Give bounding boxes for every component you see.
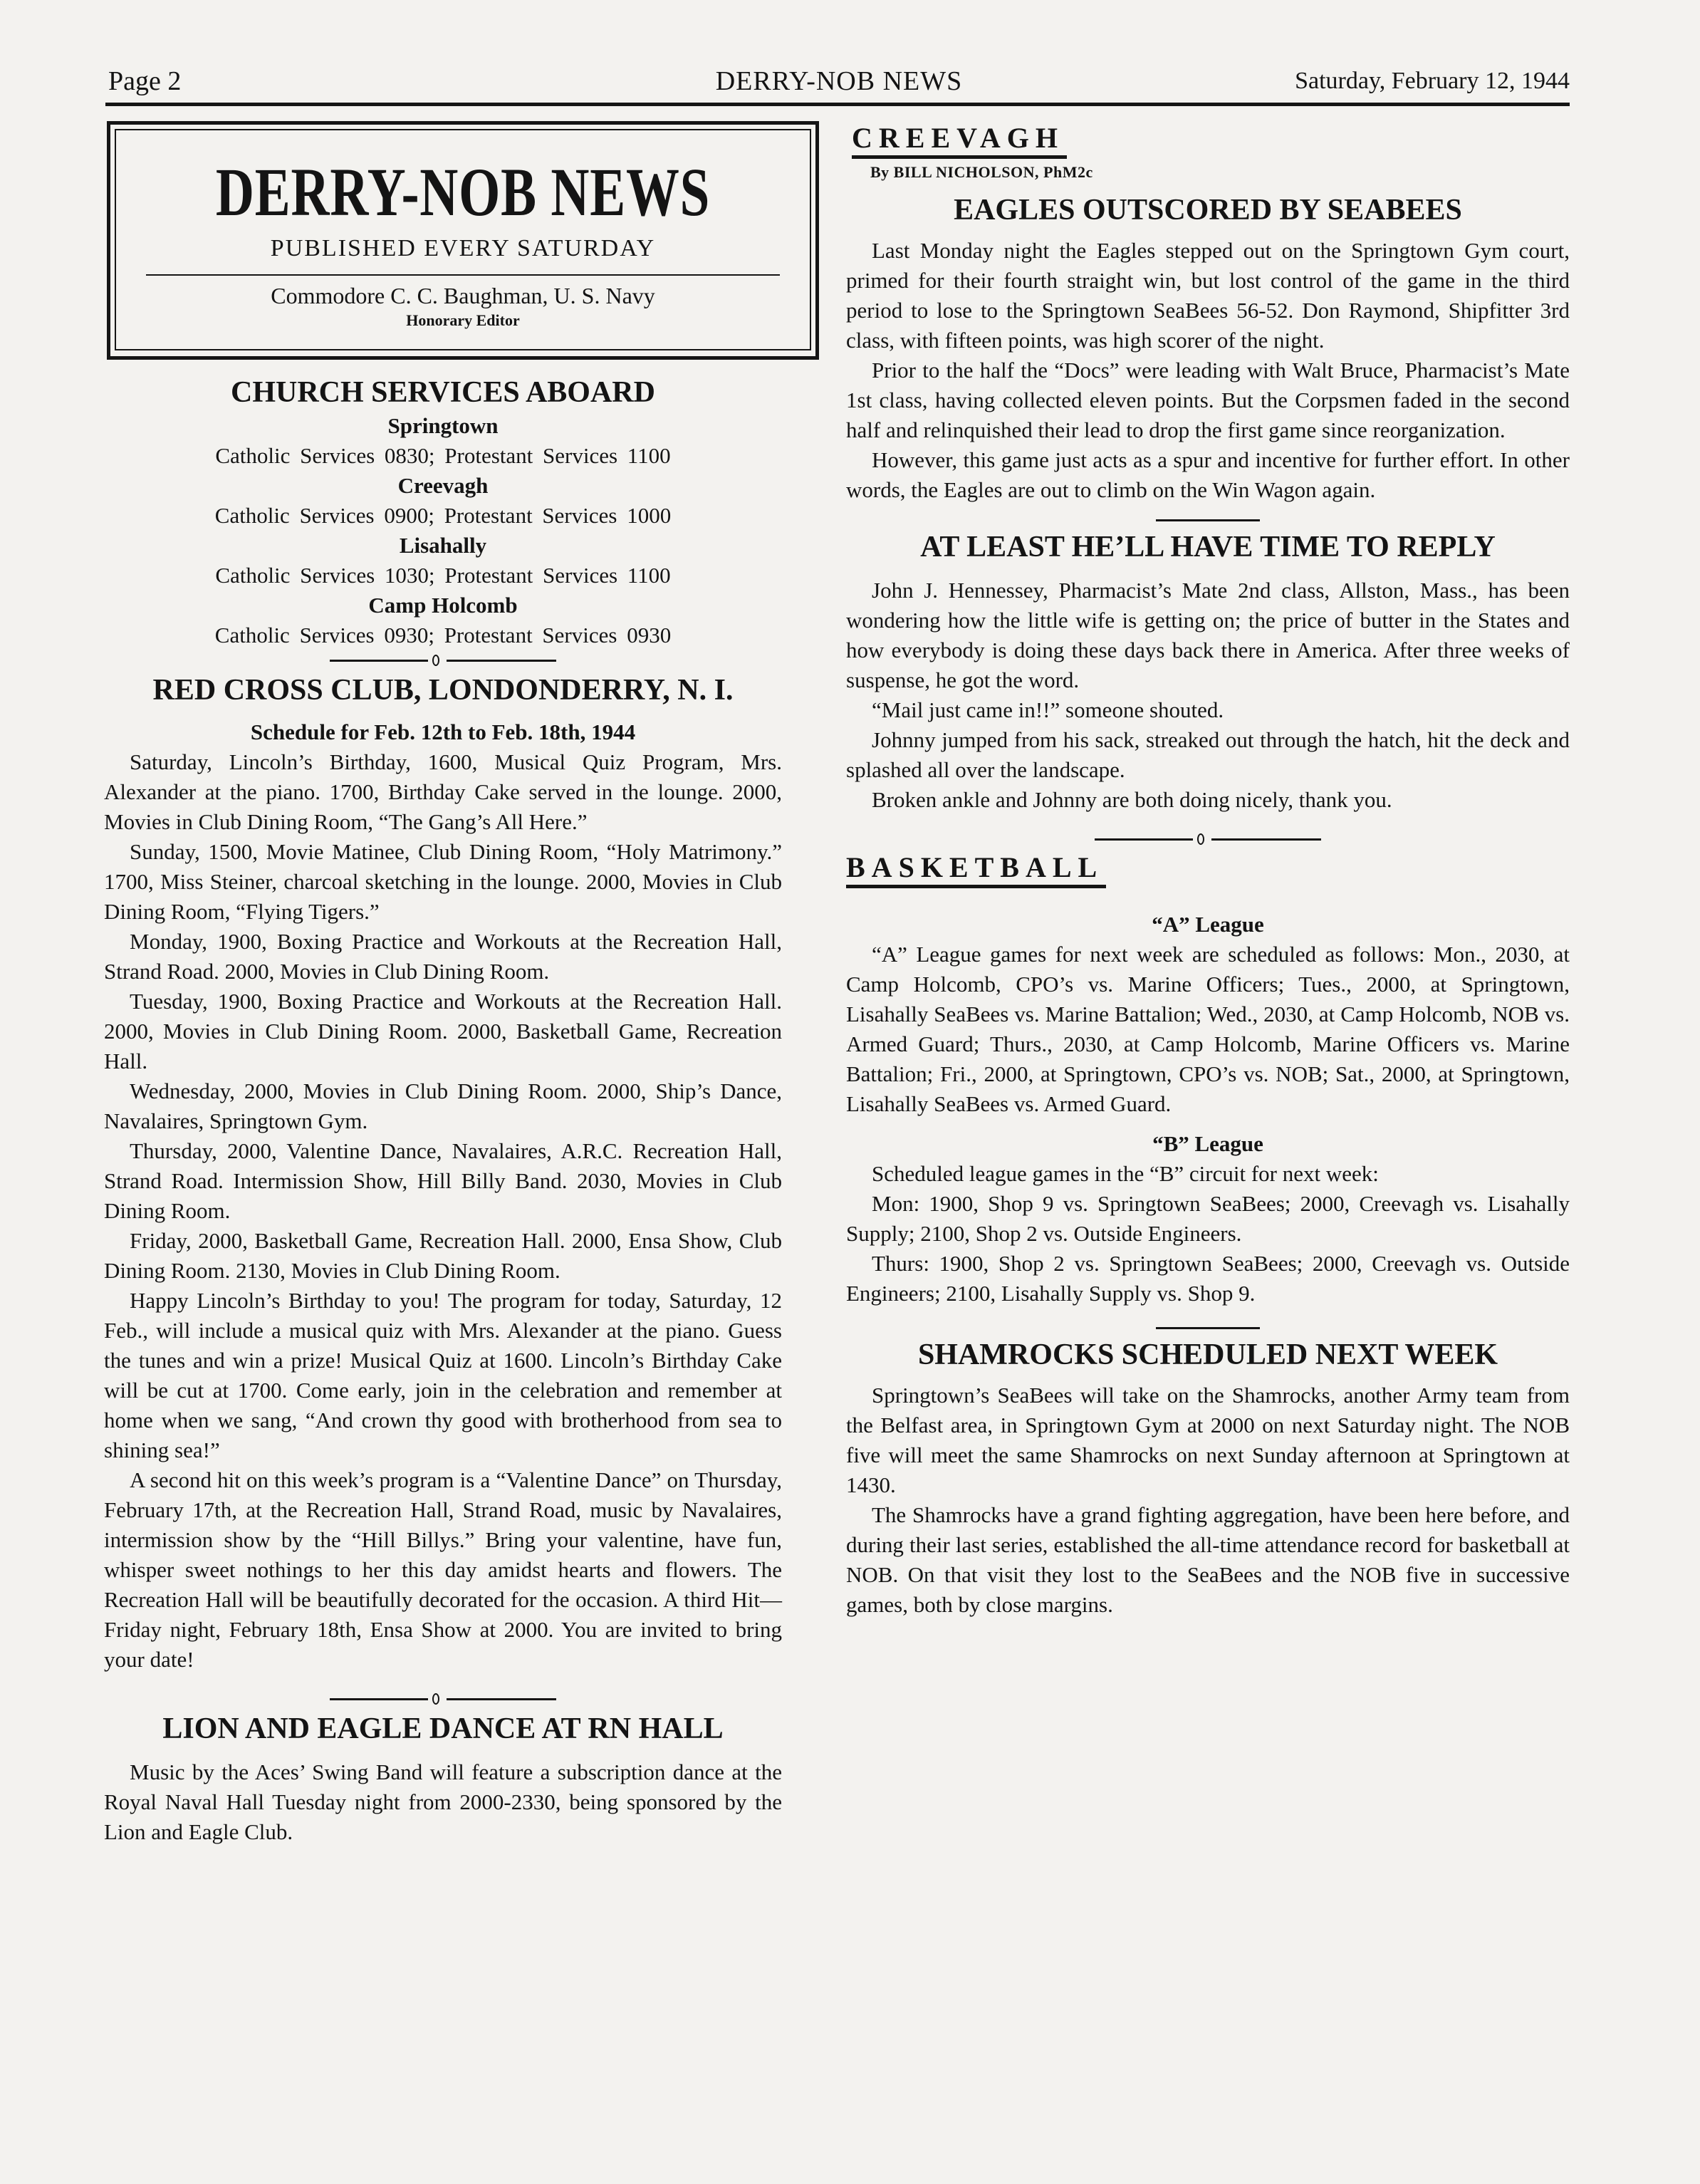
eagles-headline: EAGLES OUTSCORED BY SEABEES xyxy=(846,192,1570,229)
masthead-title: DERRY-NOB NEWS xyxy=(188,157,738,228)
article-paragraph: Saturday, Lincoln’s Birthday, 1600, Musi… xyxy=(104,747,782,837)
masthead-editor: Commodore C. C. Baughman, U. S. Navy xyxy=(110,283,815,309)
article-paragraph: Monday, 1900, Boxing Practice and Workou… xyxy=(104,927,782,987)
masthead-box: DERRY-NOB NEWS PUBLISHED EVERY SATURDAY … xyxy=(107,121,819,360)
header-rule xyxy=(105,103,1570,106)
creevagh-article: Last Monday night the Eagles stepped out… xyxy=(846,236,1570,505)
article-paragraph: “Mail just came in!!” someone shouted. xyxy=(846,695,1570,725)
creevagh-section-title: CREEVAGH xyxy=(852,121,1067,159)
article-paragraph: Prior to the half the “Docs” were leadin… xyxy=(846,355,1570,445)
a-league-schedule: “A” League games for next week are sched… xyxy=(846,940,1570,1119)
article-paragraph: Scheduled league games in the “B” circui… xyxy=(846,1159,1570,1189)
newspaper-page: Page 2 DERRY-NOB NEWS Saturday, February… xyxy=(0,0,1700,2184)
church-location: Springtown xyxy=(104,411,782,441)
article-paragraph: Music by the Aces’ Swing Band will featu… xyxy=(104,1757,782,1847)
section-divider xyxy=(1156,1327,1260,1329)
issue-date: Saturday, February 12, 1944 xyxy=(1295,63,1570,100)
article-paragraph: Thurs: 1900, Shop 2 vs. Springtown SeaBe… xyxy=(846,1249,1570,1309)
article-paragraph: However, this game just acts as a spur a… xyxy=(846,445,1570,505)
section-divider xyxy=(330,1692,556,1706)
church-times: Catholic Services 0830; Protestant Servi… xyxy=(104,441,782,471)
article-paragraph: Thursday, 2000, Valentine Dance, Navalai… xyxy=(104,1136,782,1226)
masthead-rule xyxy=(146,274,780,276)
basketball-section-title: BASKETBALL xyxy=(846,851,1106,888)
church-services-list: Springtown Catholic Services 0830; Prote… xyxy=(104,411,782,650)
running-header: Page 2 DERRY-NOB NEWS Saturday, February… xyxy=(108,63,1570,100)
article-paragraph: John J. Hennessey, Pharmacist’s Mate 2nd… xyxy=(846,576,1570,695)
church-location: Lisahally xyxy=(104,531,782,561)
section-divider xyxy=(330,653,556,667)
b-league-title: “B” League xyxy=(846,1129,1570,1159)
article-paragraph: Johnny jumped from his sack, streaked ou… xyxy=(846,725,1570,785)
red-cross-headline: RED CROSS CLUB, LONDONDERRY, N. I. xyxy=(104,672,782,709)
article-paragraph: Sunday, 1500, Movie Matinee, Club Dining… xyxy=(104,837,782,927)
section-divider xyxy=(1095,832,1321,846)
article-paragraph: Springtown’s SeaBees will take on the Sh… xyxy=(846,1380,1570,1500)
article-paragraph: The Shamrocks have a grand fighting aggr… xyxy=(846,1500,1570,1620)
reply-article: John J. Hennessey, Pharmacist’s Mate 2nd… xyxy=(846,576,1570,815)
church-location: Creevagh xyxy=(104,471,782,501)
section-divider xyxy=(1156,519,1260,521)
church-services-headline: CHURCH SERVICES ABOARD xyxy=(104,374,782,411)
article-paragraph: Wednesday, 2000, Movies in Club Dining R… xyxy=(104,1076,782,1136)
masthead-subtitle: PUBLISHED EVERY SATURDAY xyxy=(110,235,815,262)
article-paragraph: Last Monday night the Eagles stepped out… xyxy=(846,236,1570,355)
lion-eagle-headline: LION AND EAGLE DANCE AT RN HALL xyxy=(104,1710,782,1747)
article-paragraph: Mon: 1900, Shop 9 vs. Springtown SeaBees… xyxy=(846,1189,1570,1249)
church-times: Catholic Services 0930; Protestant Servi… xyxy=(104,620,782,650)
article-paragraph: Friday, 2000, Basketball Game, Recreatio… xyxy=(104,1226,782,1286)
right-column: CREEVAGH By BILL NICHOLSON, PhM2c EAGLES… xyxy=(846,121,1570,1620)
article-paragraph: Broken ankle and Johnny are both doing n… xyxy=(846,785,1570,815)
article-paragraph: Happy Lincoln’s Birthday to you! The pro… xyxy=(104,1286,782,1465)
red-cross-schedule-title: Schedule for Feb. 12th to Feb. 18th, 194… xyxy=(104,717,782,747)
church-location: Camp Holcomb xyxy=(104,591,782,620)
reply-headline: AT LEAST HE’LL HAVE TIME TO REPLY xyxy=(846,529,1570,566)
church-times: Catholic Services 1030; Protestant Servi… xyxy=(104,561,782,591)
red-cross-article: Saturday, Lincoln’s Birthday, 1600, Musi… xyxy=(104,747,782,1675)
a-league-title: “A” League xyxy=(846,910,1570,940)
shamrocks-headline: SHAMROCKS SCHEDULED NEXT WEEK xyxy=(846,1336,1570,1373)
article-paragraph: Tuesday, 1900, Boxing Practice and Worko… xyxy=(104,987,782,1076)
byline: By BILL NICHOLSON, PhM2c xyxy=(870,163,1570,182)
left-column: DERRY-NOB NEWS PUBLISHED EVERY SATURDAY … xyxy=(104,121,782,1847)
masthead-editor-role: Honorary Editor xyxy=(110,311,815,330)
article-paragraph: A second hit on this week’s program is a… xyxy=(104,1465,782,1675)
church-times: Catholic Services 0900; Protestant Servi… xyxy=(104,501,782,531)
